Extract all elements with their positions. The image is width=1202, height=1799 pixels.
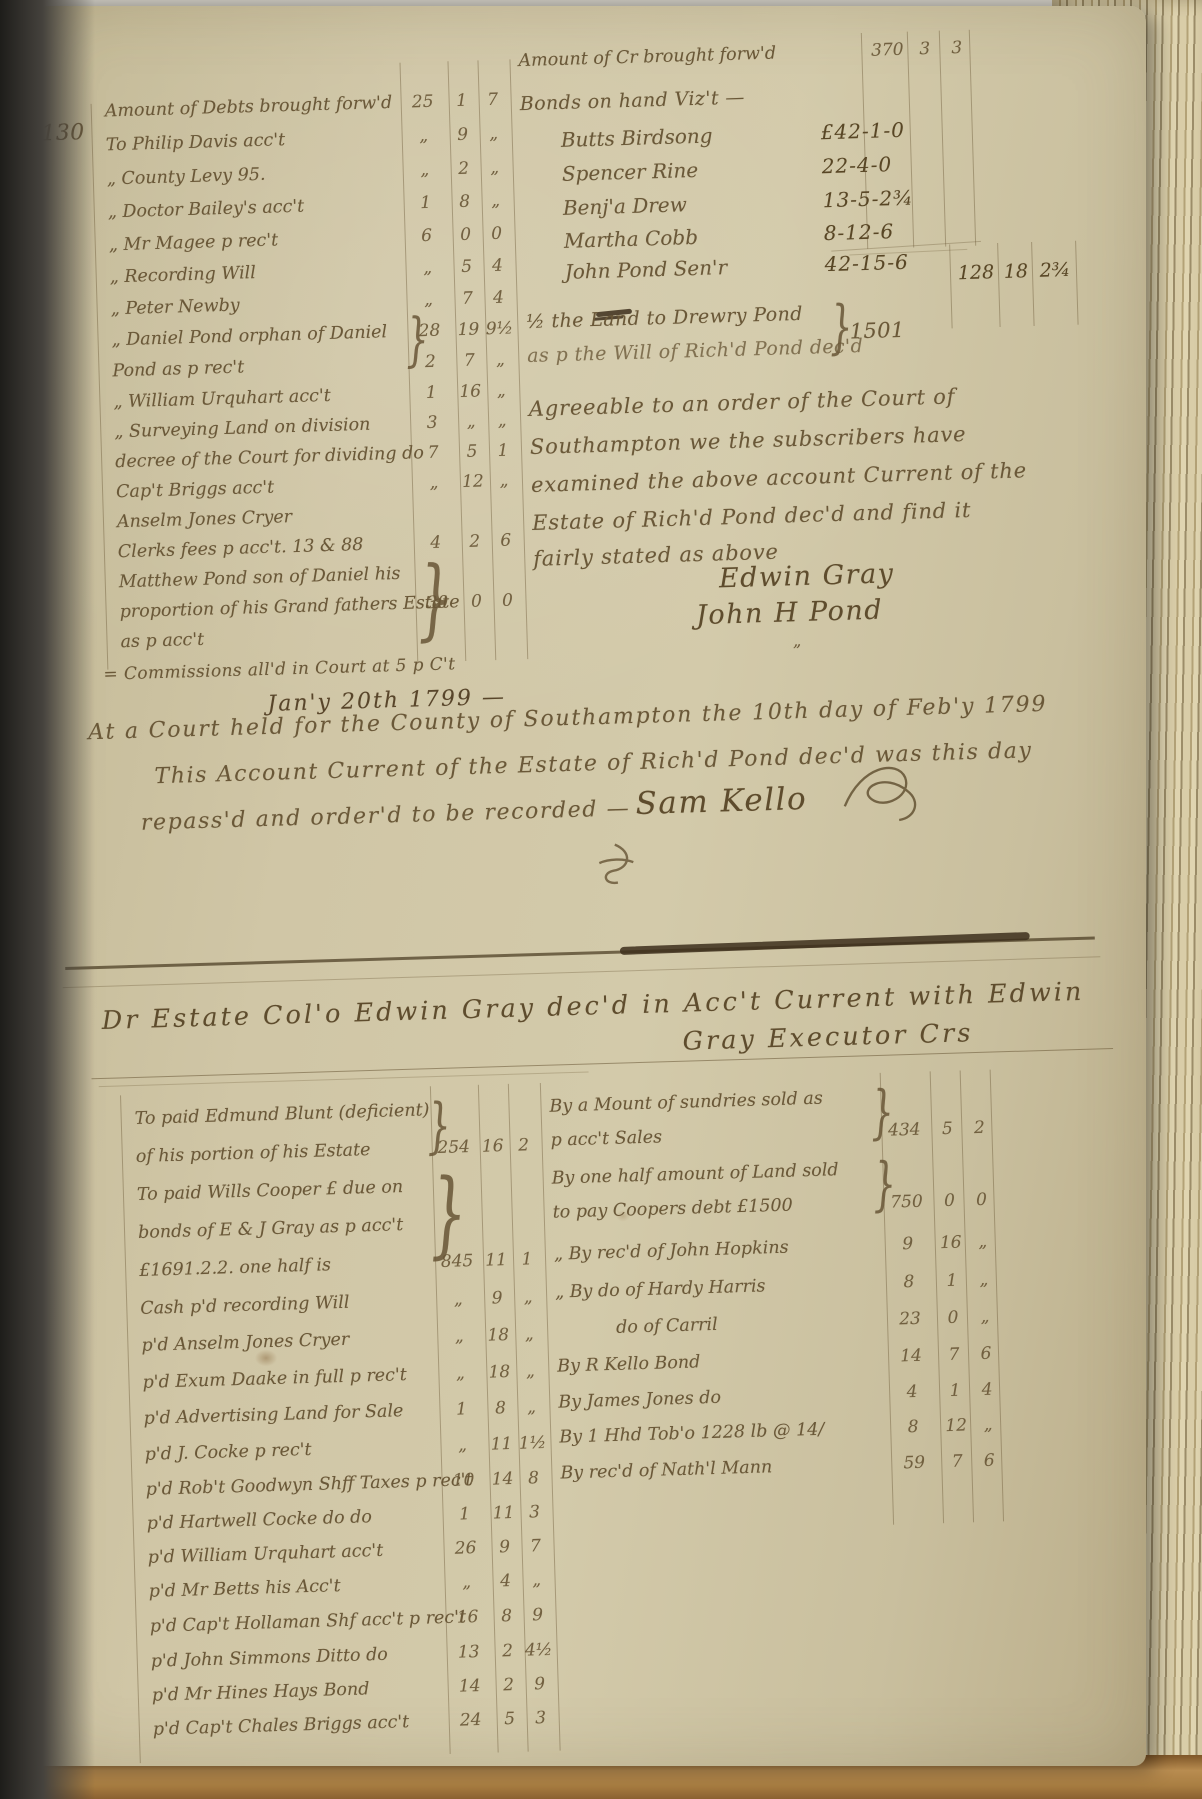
pounds-value: 24: [450, 1710, 491, 1731]
entry-label: „ By rec'd of John Hopkins: [554, 1238, 789, 1265]
entry-label: p'd J. Cocke p rec't: [144, 1440, 311, 1465]
clerk-flourish-icon: [834, 751, 926, 832]
shillings-value: 0: [463, 591, 490, 612]
bond-holder: John Pond Sen'r: [564, 255, 727, 284]
pence-value: „: [490, 470, 519, 491]
shillings-value: 7: [456, 350, 483, 371]
shillings-value: 18: [486, 1362, 513, 1383]
entry-label: p'd Exum Daake in full p rec't: [142, 1365, 407, 1393]
entry-label: Matthew Pond son of Daniel his: [118, 564, 400, 592]
shillings-value: 7: [454, 288, 481, 309]
entry-label: „ Peter Newby: [110, 296, 240, 320]
shillings-value: 9: [484, 1288, 511, 1309]
shillings-value: 9: [449, 124, 476, 145]
entry-label: To paid Edmund Blunt (deficient): [134, 1100, 429, 1129]
attestation-line: Agreeable to an order of the Court of: [528, 384, 955, 421]
pounds-value: 1: [444, 1504, 485, 1525]
ledger-page: 130 Amount of Debts brought forw'd2517 T…: [38, 6, 1146, 1766]
pence-value: „: [486, 349, 515, 370]
total-pounds: 128: [955, 261, 998, 284]
entry-label: do of Carril: [616, 1315, 718, 1338]
entry-label: p'd Rob't Goodwyn Shff Taxes p rec't: [145, 1470, 472, 1500]
ledger-row: p'd John Simmons Ditto do1324½: [151, 1652, 152, 1682]
ledger-row: of his portion of his Estate254162: [136, 1147, 137, 1177]
pounds-value: 13: [448, 1642, 489, 1663]
pounds-value: 25: [402, 91, 443, 112]
entry-label: p'd Advertising Land for Sale: [143, 1401, 403, 1429]
pence-value: „: [967, 1231, 998, 1252]
bond-holder: Martha Cobb: [564, 225, 699, 253]
ledger-row: „ Surveying Land on division3„„: [114, 422, 115, 452]
shillings-value: 0: [452, 224, 479, 245]
entry-label: „ Mr Magee p rec't: [108, 230, 278, 255]
pence-value: 2: [964, 1118, 995, 1139]
land-note-line1: ½ the Land to Drewry Pond: [526, 303, 803, 333]
entry-label: „ Surveying Land on division: [114, 415, 371, 443]
shillings-value: 2: [461, 531, 488, 552]
shillings-value: 11: [490, 1503, 517, 1524]
pence-value: 6: [971, 1343, 1002, 1364]
pence-value: 3: [526, 1708, 555, 1729]
entry-label: „ Doctor Bailey's acc't: [108, 197, 305, 223]
money-column-rule: [1075, 241, 1079, 325]
pence-value: „: [514, 1287, 543, 1308]
pence-value: 9½: [485, 318, 514, 339]
bond-amount: 13-5-2¾: [822, 186, 913, 213]
entry-label: to pay Coopers debt £1500: [552, 1196, 793, 1223]
shillings-value: 14: [489, 1469, 516, 1490]
pounds-value: 7: [413, 442, 454, 463]
pounds-value: 370: [865, 40, 910, 61]
pence-value: 0: [966, 1189, 997, 1210]
entry-label: p'd William Urquhart acc't: [147, 1541, 383, 1568]
ledger-row: „ By rec'd of John Hopkins916„: [554, 1245, 555, 1275]
attestation-line: Estate of Rich'd Pond dec'd and find it: [532, 498, 972, 535]
ledger-row: p'd Cap't Hollaman Shf acc't p rec't1689: [149, 1617, 150, 1647]
ledger-row: Amount of Cr brought forw'd37033: [518, 51, 519, 81]
pence-value: 3: [520, 1502, 549, 1523]
ledger-row: „ Doctor Bailey's acc't18„: [108, 202, 109, 232]
shillings-value: 11: [483, 1250, 510, 1271]
pence-value: 6: [974, 1450, 1005, 1471]
pence-value: 0: [493, 590, 522, 611]
shillings-value: 12: [460, 471, 487, 492]
ledger-row: Cash p'd recording Will„9„: [140, 1299, 141, 1329]
ledger-row: By one half amount of Land sold: [551, 1169, 552, 1199]
ledger-row: p'd Mr Betts his Acc't„4„: [148, 1582, 149, 1612]
pounds-value: 26: [445, 1538, 486, 1559]
ledger-photo: { "meta":{"page_number":"130","paper_col…: [0, 0, 1202, 1799]
shillings-value: 19: [455, 319, 482, 340]
ledger-row: To Philip Davis acc't„9„: [106, 135, 107, 165]
pence-value: „: [487, 380, 516, 401]
shillings-value: 9: [491, 1537, 518, 1558]
entry-brace: }: [870, 1083, 895, 1142]
pounds-value: 9: [883, 1233, 932, 1254]
shillings-value: 1: [942, 1380, 969, 1401]
ledger-row: p'd William Urquhart acc't2697: [147, 1548, 148, 1578]
shillings-value: 16: [457, 381, 484, 402]
bond-amount: £42-1-0: [820, 118, 905, 144]
ledger-row: „ William Urquhart acc't116„: [113, 392, 114, 422]
ledger-row: proportion of his Grand fathers Estate30…: [119, 602, 120, 632]
paraph-icon: [593, 838, 641, 891]
ledger-row: Matthew Pond son of Daniel his: [118, 572, 119, 602]
ledger-row: To paid Edmund Blunt (deficient): [134, 1109, 135, 1139]
pence-value: „: [481, 190, 510, 211]
shillings-value: 8: [493, 1606, 520, 1627]
shillings-value: 2: [495, 1675, 522, 1696]
entry-label: „ William Urquhart acc't: [113, 386, 331, 412]
pence-value: 9: [523, 1605, 552, 1626]
ledger-row: „ Peter Newby„74: [110, 299, 111, 329]
entry-label: By a Mount of sundries sold as: [549, 1089, 823, 1117]
pence-value: 1: [489, 440, 518, 461]
pence-value: 6: [491, 530, 520, 551]
ledger-row: „ Mr Magee p rec't600: [108, 235, 109, 265]
ledger-row: Cap't Briggs acc't„12„: [116, 482, 117, 512]
ledger-row: By James Jones do414: [558, 1393, 559, 1423]
pounds-value: 6: [406, 225, 447, 246]
pounds-value: „: [403, 125, 444, 146]
ledger-row: „ By do of Hardy Harris81„: [555, 1283, 556, 1313]
ledger-row: Pond as p rec't27„: [112, 361, 113, 391]
entry-label: £1691.2.2. one half is: [139, 1255, 331, 1281]
bond-row: John Pond Sen'r42-15-6: [524, 261, 525, 291]
shillings-value: 3: [909, 39, 941, 60]
total-pence: 2¾: [1035, 259, 1076, 282]
entry-label: By James Jones do: [558, 1388, 721, 1413]
pence-value: „: [969, 1269, 1000, 1290]
header-rule: [99, 1072, 589, 1088]
pounds-value: 59: [890, 1452, 939, 1473]
pounds-value: „: [442, 1435, 483, 1456]
ledger-page-content: 130 Amount of Debts brought forw'd2517 T…: [12, 0, 1172, 1781]
pence-value: 4: [483, 255, 512, 276]
pounds-value: 3: [412, 412, 453, 433]
ledger-row: p'd Hartwell Cocke do do1113: [146, 1514, 147, 1544]
ledger-row: „ County Levy 95.„2„: [107, 169, 108, 199]
entry-label: „ Recording Will: [109, 263, 256, 287]
entry-label: proportion of his Grand fathers Estate: [119, 592, 460, 622]
money-column-rule: [997, 243, 1001, 327]
shillings-value: 7: [944, 1451, 971, 1472]
ledger-row: p'd Mr Hines Hays Bond1429: [152, 1686, 153, 1716]
shillings-value: 8: [487, 1398, 514, 1419]
shillings-value: 5: [934, 1119, 961, 1140]
ink-smear: [620, 932, 1030, 955]
entry-label: as p acc't: [120, 630, 204, 652]
signature-john-h-pond: John H Pond: [696, 595, 884, 632]
ledger-row: „ Daniel Pond orphan of Daniel28199½: [111, 330, 112, 360]
entry-label: Amount of Debts brought forw'd: [105, 93, 393, 122]
pence-value: „: [970, 1306, 1001, 1327]
pounds-value: 16: [447, 1607, 488, 1628]
entry-label: „ County Levy 95.: [107, 165, 266, 190]
ledger-row: By rec'd of Nath'l Mann5976: [560, 1464, 561, 1494]
ledger-row: p acc't Sales43452: [550, 1131, 551, 1161]
bond-row: Spencer Rine22-4-0: [522, 163, 523, 193]
shillings-value: 2: [494, 1641, 521, 1662]
entry-label: p'd Cap't Chales Briggs acc't: [153, 1712, 410, 1740]
ledger-row: p'd Exum Daake in full p rec't„18„: [142, 1373, 143, 1403]
pence-value: „: [522, 1570, 551, 1591]
pence-value: „: [516, 1361, 545, 1382]
entry-label: bonds of E & J Gray as p acc't: [138, 1215, 404, 1243]
court-record-line: At a Court held for the County of Southa…: [88, 692, 1048, 745]
money-column-rule: [939, 31, 947, 247]
money-column-rule: [1031, 242, 1035, 326]
pence-value: 1½: [518, 1433, 547, 1454]
entry-label: To Philip Davis acc't: [106, 130, 286, 155]
entry-label: Anselm Jones Cryer: [117, 507, 293, 532]
shillings-value: 0: [936, 1190, 963, 1211]
attestation-line: examined the above account Current of th…: [531, 458, 1027, 497]
pounds-value: „: [404, 159, 445, 180]
pence-value: „: [515, 1324, 544, 1345]
entry-label: By 1 Hhd Tob'o 1228 lb @ 14/: [559, 1420, 824, 1448]
pounds-value: 1: [411, 382, 452, 403]
entry-label: Clerks fees p acc't. 13 & 88: [118, 535, 364, 562]
entry-label: p'd John Simmons Ditto do: [151, 1645, 389, 1672]
money-column-rule: [969, 30, 977, 246]
pounds-value: 4: [888, 1381, 937, 1402]
entry-brace: }: [428, 1167, 468, 1262]
pence-value: 4: [484, 287, 513, 308]
pounds-value: 8: [889, 1416, 938, 1437]
court-record-line: repass'd and order'd to be recorded —: [141, 796, 631, 836]
entry-brace: }: [405, 310, 430, 369]
shillings-value: 0: [940, 1307, 967, 1328]
shillings-value: 5: [453, 256, 480, 277]
entry-brace: }: [872, 1154, 897, 1213]
entry-label: By R Kello Bond: [557, 1352, 701, 1376]
pence-value: 2: [509, 1135, 538, 1156]
entry-label: p acc't Sales: [550, 1127, 662, 1150]
pounds-value: 1: [441, 1399, 482, 1420]
shillings-value: 1: [448, 90, 475, 111]
ledger-row: as p acc't: [120, 632, 121, 662]
ledger-row: p'd Advertising Land for Sale18„: [143, 1409, 144, 1439]
ledger-row: £1691.2.2. one half is845111: [139, 1261, 140, 1291]
ledger-row: Amount of Debts brought forw'd2517: [105, 101, 106, 131]
pounds-value: „: [440, 1363, 481, 1384]
bond-row: Butts Birdsong£42-1-0: [521, 129, 522, 159]
ledger-row: Anselm Jones Cryer: [117, 512, 118, 542]
entry-label: Cap't Briggs acc't: [116, 478, 275, 503]
entry-label: „ Daniel Pond orphan of Daniel: [111, 322, 387, 350]
shillings-value: 5: [496, 1709, 523, 1730]
entry-label: p'd Hartwell Cocke do do: [146, 1507, 372, 1534]
pounds-value: „: [438, 1289, 479, 1310]
pence-value: 3: [941, 38, 973, 59]
land-value: 1501: [849, 318, 905, 344]
pence-value: „: [488, 410, 517, 431]
shillings-value: 2: [450, 158, 477, 179]
pounds-value: 10: [443, 1470, 484, 1491]
ledger-row: p'd Rob't Goodwyn Shff Taxes p rec't1014…: [145, 1480, 146, 1510]
ledger-row: By 1 Hhd Tob'o 1228 lb @ 14/812„: [559, 1428, 560, 1458]
pence-value: 7: [521, 1536, 550, 1557]
ledger-row: To paid Wills Cooper £ due on: [137, 1185, 138, 1215]
signature-clerk: Sam Kello: [635, 781, 808, 822]
money-column-rule: [949, 244, 953, 328]
ledger-row: By a Mount of sundries sold as: [549, 1097, 550, 1127]
account-title-line2: Gray Executor Crs: [682, 1018, 974, 1057]
pounds-value: 23: [886, 1308, 935, 1329]
shillings-value: 11: [488, 1434, 515, 1455]
entry-label: p'd Mr Hines Hays Bond: [152, 1679, 370, 1705]
ledger-row: do of Carril230„: [556, 1320, 557, 1350]
entry-label: decree of the Court for dividing do: [115, 443, 424, 472]
bond-holder: Spencer Rine: [562, 158, 699, 186]
ledger-row: Clerks fees p acc't. 13 & 88426: [118, 542, 119, 572]
entry-label: p'd Cap't Hollaman Shf acc't p rec't: [149, 1607, 466, 1636]
ledger-row: „ Recording Will„54: [109, 267, 110, 297]
ditto-mark: „: [793, 631, 802, 650]
book-gutter-shadow: [0, 0, 95, 1799]
shillings-value: 1: [939, 1270, 966, 1291]
entry-label: Pond as p rec't: [112, 357, 244, 381]
ledger-row: decree of the Court for dividing do751: [115, 452, 116, 482]
pence-value: „: [480, 158, 509, 179]
signature-edwin-gray: Edwin Gray: [718, 558, 894, 594]
pence-value: 0: [482, 223, 511, 244]
ledger-row: bonds of E & J Gray as p acc't: [138, 1223, 139, 1253]
pounds-value: „: [407, 257, 448, 278]
bond-amount: 22-4-0: [821, 152, 892, 178]
bonds-heading: Bonds on hand Viz't —: [519, 86, 745, 115]
pounds-value: „: [446, 1572, 487, 1593]
entry-label: „ By do of Hardy Harris: [555, 1276, 766, 1302]
pence-value: „: [973, 1414, 1004, 1435]
entry-label: of his portion of his Estate: [136, 1140, 371, 1167]
shillings-value: „: [458, 411, 485, 432]
ledger-row: By R Kello Bond1476: [557, 1357, 558, 1387]
pence-value: 7: [478, 90, 507, 111]
money-column-rule: [907, 32, 915, 248]
ledger-row: p'd J. Cocke p rec't„111½: [144, 1445, 145, 1475]
entry-brace: }: [426, 1096, 451, 1157]
pounds-value: 1: [405, 192, 446, 213]
entry-label: Cash p'd recording Will: [140, 1293, 350, 1319]
ledger-row: p'd Cap't Chales Briggs acc't2453: [153, 1720, 154, 1750]
shillings-value: 18: [485, 1325, 512, 1346]
entry-label: To paid Wills Cooper £ due on: [137, 1177, 404, 1205]
entry-label: By one half amount of Land sold: [551, 1160, 839, 1189]
shillings-value: 4: [492, 1571, 519, 1592]
pence-value: 4½: [524, 1640, 553, 1661]
attestation-line: Southampton we the subscribers have: [530, 422, 967, 459]
entry-label: By rec'd of Nath'l Mann: [560, 1457, 772, 1483]
entry-brace: }: [416, 554, 453, 643]
land-note-line2: as p the Will of Rich'd Pond dec'd: [527, 335, 864, 367]
total-shillings: 18: [1001, 260, 1032, 283]
pounds-value: „: [414, 472, 455, 493]
pence-value: 8: [519, 1468, 548, 1489]
pence-value: 4: [972, 1379, 1003, 1400]
bond-row: Benj'a Drew13-5-2¾: [523, 197, 524, 227]
bond-holder: Butts Birdsong: [561, 123, 713, 151]
pounds-value: 14: [887, 1345, 936, 1366]
entry-label: p'd Anselm Jones Cryer: [141, 1330, 349, 1356]
entry-label: p'd Mr Betts his Acc't: [148, 1576, 340, 1602]
ledger-row: to pay Coopers debt £150075000: [552, 1203, 553, 1233]
commission-note: = Commissions all'd in Court at 5 p C't: [103, 654, 456, 684]
ledger-row: p'd Anselm Jones Cryer„18„: [141, 1336, 142, 1366]
pence-value: 9: [525, 1674, 554, 1695]
bond-holder: Benj'a Drew: [563, 192, 688, 220]
shillings-value: 12: [943, 1415, 970, 1436]
pounds-value: „: [439, 1326, 480, 1347]
pence-value: „: [479, 124, 508, 145]
pounds-value: 8: [885, 1271, 934, 1292]
shillings-value: 5: [459, 441, 486, 462]
pence-value: 1: [513, 1249, 542, 1270]
bond-amount: 8-12-6: [823, 219, 894, 245]
shillings-value: 8: [451, 191, 478, 212]
pounds-value: 14: [449, 1676, 490, 1697]
shillings-value: 16: [479, 1136, 506, 1157]
pence-value: „: [517, 1397, 546, 1418]
shillings-value: 7: [941, 1344, 968, 1365]
bond-row: Martha Cobb8-12-6: [524, 230, 525, 260]
shillings-value: 16: [937, 1232, 964, 1253]
entry-label: Amount of Cr brought forw'd: [518, 44, 776, 72]
